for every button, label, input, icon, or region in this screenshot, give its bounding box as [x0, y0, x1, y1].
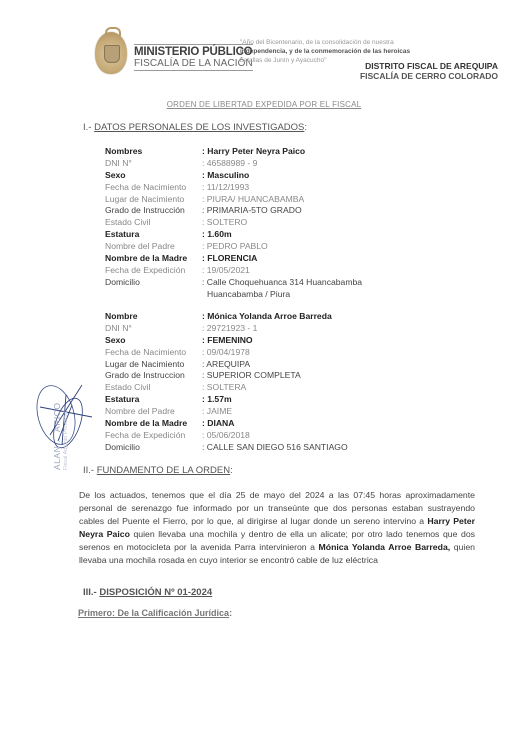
field-row: Domicilio: Calle Choquehuanca 314 Huanca… — [105, 276, 362, 288]
section-3-subheading: Primero: De la Calificación Jurídica: — [78, 608, 232, 618]
field-label: Lugar de Nacimiento — [105, 194, 200, 204]
field-value: : SOLTERO — [200, 217, 247, 227]
field-label: Lugar de Nacimiento — [105, 359, 200, 369]
field-label: Fecha de Nacimiento — [105, 182, 200, 192]
field-value: : 05/06/2018 — [200, 430, 250, 440]
field-value: : SUPERIOR COMPLETA — [200, 370, 301, 380]
field-row: Estado Civil: SOLTERA — [105, 381, 348, 393]
field-row: Nombre de la Madre: DIANA — [105, 417, 348, 429]
field-label: Estatura — [105, 394, 200, 404]
field-value: : SOLTERA — [200, 382, 246, 392]
field-row: Nombre: Mónica Yolanda Arroe Barreda — [105, 310, 348, 322]
field-value: : Masculino — [200, 170, 249, 180]
field-row: Fecha de Expedición: 05/06/2018 — [105, 429, 348, 441]
document-title: ORDEN DE LIBERTAD EXPEDIDA POR EL FISCAL — [0, 100, 528, 109]
person-1-details: Nombres: Harry Peter Neyra Paico DNI N°:… — [105, 145, 362, 300]
field-value: : 46588989 - 9 — [200, 158, 257, 168]
field-label: Sexo — [105, 170, 200, 180]
field-value: : 1.57m — [200, 394, 232, 404]
district-header: DISTRITO FISCAL DE AREQUIPA FISCALÍA DE … — [360, 61, 498, 81]
field-row: Lugar de Nacimiento: AREQUIPA — [105, 358, 348, 370]
field-value: : FLORENCIA — [200, 253, 257, 263]
field-label: Fecha de Expedición — [105, 430, 200, 440]
order-rationale-paragraph: De los actuados, tenemos que el día 25 d… — [79, 489, 475, 567]
field-value: : Calle Choquehuanca 314 Huancabamba — [200, 277, 362, 287]
field-value: : PIURA/ HUANCABAMBA — [200, 194, 304, 204]
field-label: Grado de Instrucción — [105, 205, 200, 215]
office-name: FISCALÍA DE CERRO COLORADO — [360, 71, 498, 81]
field-label: Fecha de Nacimiento — [105, 347, 200, 357]
field-row: Lugar de Nacimiento: PIURA/ HUANCABAMBA — [105, 193, 362, 205]
field-value: : 1.60m — [200, 229, 232, 239]
field-label: DNI N° — [105, 158, 200, 168]
field-row: Grado de Instrucción: PRIMARIA-5TO GRADO — [105, 204, 362, 216]
field-value: : 11/12/1993 — [200, 182, 249, 192]
section-1-heading: I.- DATOS PERSONALES DE LOS INVESTIGADOS… — [83, 122, 307, 133]
field-label: Nombre — [105, 311, 200, 321]
section-2-heading: II.- FUNDAMENTO DE LA ORDEN: — [83, 465, 233, 476]
field-label: Domicilio — [105, 442, 200, 452]
field-row: Estado Civil: SOLTERO — [105, 216, 362, 228]
field-row: Fecha de Expedición: 19/05/2021 — [105, 264, 362, 276]
field-value: : CALLE SAN DIEGO 516 SANTIAGO — [200, 442, 348, 452]
field-value: : 09/04/1978 — [200, 347, 250, 357]
field-label: Fecha de Expedición — [105, 265, 200, 275]
field-value: Huancabamba / Piura — [200, 289, 290, 299]
field-row: Estatura: 1.60m — [105, 228, 362, 240]
field-label: Nombre de la Madre — [105, 253, 200, 263]
field-row: Grado de Instruccion: SUPERIOR COMPLETA — [105, 369, 348, 381]
field-value: : JAIME — [200, 406, 232, 416]
field-label: Nombres — [105, 146, 200, 156]
field-value: : 19/05/2021 — [200, 265, 250, 275]
field-label: Estado Civil — [105, 382, 200, 392]
field-row: DNI N°: 29721923 - 1 — [105, 322, 348, 334]
stamp-name: ALAN ... ARICO — [52, 340, 72, 470]
field-row: -Huancabamba / Piura — [105, 288, 362, 300]
field-row: Nombres: Harry Peter Neyra Paico — [105, 145, 362, 157]
field-row: Nombre de la Madre: FLORENCIA — [105, 252, 362, 264]
field-row: Sexo: FEMENINO — [105, 334, 348, 346]
section-3-heading: III.- DISPOSICIÓN Nº 01-2024 — [83, 587, 212, 598]
institution-subtitle: FISCALÍA DE LA NACIÓN — [134, 58, 253, 71]
person-2-details: Nombre: Mónica Yolanda Arroe Barreda DNI… — [105, 310, 348, 453]
field-label: Estatura — [105, 229, 200, 239]
institution-name: MINISTERIO PÚBLICO — [134, 44, 253, 58]
field-value: : AREQUIPA — [200, 359, 250, 369]
field-value: : PRIMARIA-5TO GRADO — [200, 205, 302, 215]
field-value: : PEDRO PABLO — [200, 241, 268, 251]
field-value: : FEMENINO — [200, 335, 253, 345]
field-row: Sexo: Masculino — [105, 169, 362, 181]
field-value: : Harry Peter Neyra Paico — [200, 146, 305, 156]
field-label: Estado Civil — [105, 217, 200, 227]
field-row: Nombre del Padre: PEDRO PABLO — [105, 240, 362, 252]
institution-logo-text: MINISTERIO PÚBLICO FISCALÍA DE LA NACIÓN — [134, 44, 253, 71]
field-label: Nombre de la Madre — [105, 418, 200, 428]
field-row: Nombre del Padre: JAIME — [105, 405, 348, 417]
field-row: Domicilio: CALLE SAN DIEGO 516 SANTIAGO — [105, 441, 348, 453]
field-row: Fecha de Nacimiento: 09/04/1978 — [105, 346, 348, 358]
field-value: : DIANA — [200, 418, 234, 428]
stamp-role: Fiscal Adjunto Provincial — [63, 350, 69, 470]
field-label: Nombre del Padre — [105, 241, 200, 251]
field-label: Domicilio — [105, 277, 200, 287]
field-value: : 29721923 - 1 — [200, 323, 257, 333]
field-value: : Mónica Yolanda Arroe Barreda — [200, 311, 332, 321]
field-label: Sexo — [105, 335, 200, 345]
field-label: Grado de Instruccion — [105, 370, 200, 380]
field-row: Estatura: 1.57m — [105, 393, 348, 405]
ministry-seal-logo — [95, 32, 127, 74]
district-name: DISTRITO FISCAL DE AREQUIPA — [360, 61, 498, 71]
field-row: Fecha de Nacimiento: 11/12/1993 — [105, 181, 362, 193]
field-label: Nombre del Padre — [105, 406, 200, 416]
field-row: DNI N°: 46588989 - 9 — [105, 157, 362, 169]
field-label: DNI N° — [105, 323, 200, 333]
